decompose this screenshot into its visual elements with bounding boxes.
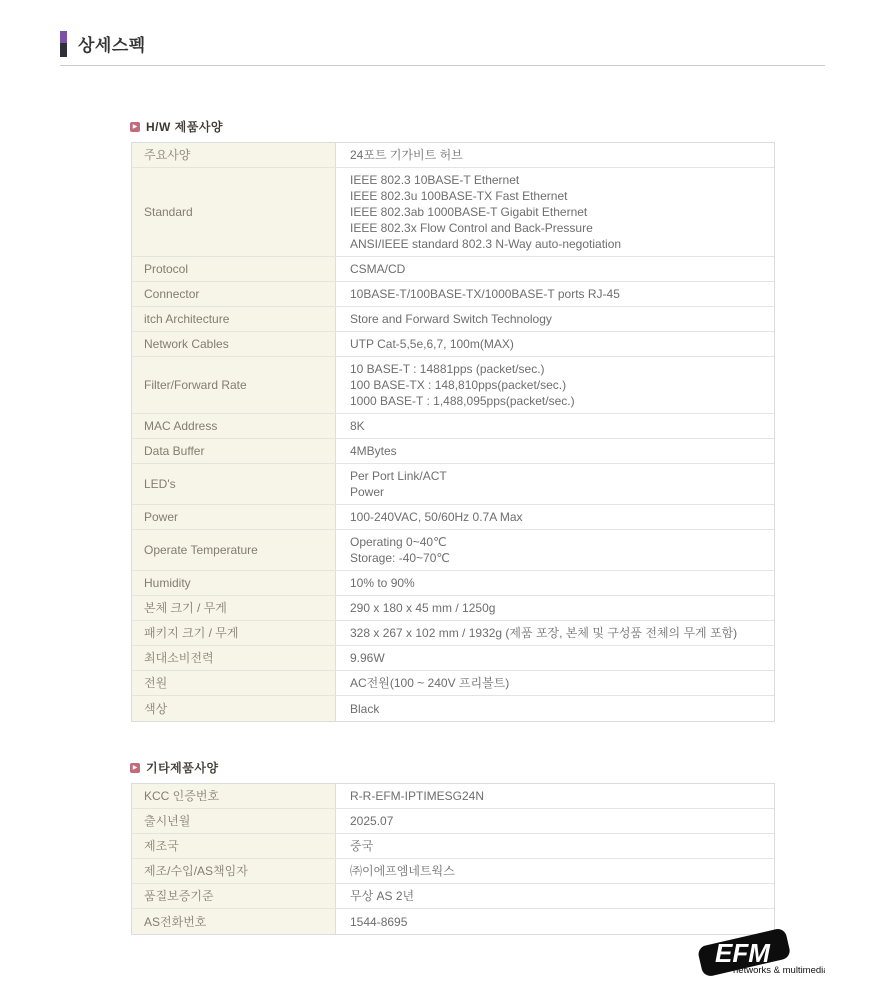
spec-label-cell: AS전화번호 — [132, 909, 336, 934]
spec-page: 상세스펙 ▶ H/W 제품사양 주요사양 24포트 기가비트 허브 Standa… — [0, 0, 890, 1006]
spec-label-cell: 최대소비전력 — [132, 646, 336, 670]
spec-value: ㈜이에프엠네트웍스 — [350, 863, 455, 879]
table-row: 패키지 크기 / 무게 328 x 267 x 102 mm / 1932g (… — [132, 621, 774, 646]
table-row: itch Architecture Store and Forward Swit… — [132, 307, 774, 332]
section-heading: ▶ H/W 제품사양 — [130, 118, 775, 135]
spec-value: 10% to 90% — [350, 575, 415, 591]
spec-value-cell: CSMA/CD — [336, 257, 774, 281]
spec-label: Filter/Forward Rate — [144, 377, 247, 393]
spec-value-cell: 328 x 267 x 102 mm / 1932g (제품 포장, 본체 및 … — [336, 621, 774, 645]
title-row: 상세스펙 — [60, 30, 825, 57]
spec-value-cell: UTP Cat-5,5e,6,7, 100m(MAX) — [336, 332, 774, 356]
spec-label-cell: MAC Address — [132, 414, 336, 438]
spec-value-cell: 10BASE-T/100BASE-TX/1000BASE-T ports RJ-… — [336, 282, 774, 306]
bullet-icon: ▶ — [130, 122, 140, 132]
other-spec-table: KCC 인증번호 R-R-EFM-IPTIMESG24N 출시년월 2025.0… — [131, 783, 775, 935]
table-row: 본체 크기 / 무게 290 x 180 x 45 mm / 1250g — [132, 596, 774, 621]
spec-value: AC전원(100 ~ 240V 프리볼트) — [350, 675, 509, 691]
logo-tagline: networks & multimedia — [733, 965, 825, 976]
spec-value-cell: 100-240VAC, 50/60Hz 0.7A Max — [336, 505, 774, 529]
table-row: KCC 인증번호 R-R-EFM-IPTIMESG24N — [132, 784, 774, 809]
table-row: Connector 10BASE-T/100BASE-TX/1000BASE-T… — [132, 282, 774, 307]
spec-label: AS전화번호 — [144, 914, 206, 930]
spec-value: Black — [350, 701, 379, 717]
section-heading: ▶ 기타제품사양 — [130, 759, 775, 776]
content: ▶ H/W 제품사양 주요사양 24포트 기가비트 허브 Standard IE… — [131, 118, 775, 935]
table-row: MAC Address 8K — [132, 414, 774, 439]
spec-value-cell: 4MBytes — [336, 439, 774, 463]
spec-value: CSMA/CD — [350, 261, 405, 277]
spec-value: UTP Cat-5,5e,6,7, 100m(MAX) — [350, 336, 514, 352]
spec-label: Standard — [144, 204, 193, 220]
spec-label-cell: 패키지 크기 / 무게 — [132, 621, 336, 645]
section-heading-label: 기타제품사양 — [146, 759, 219, 776]
spec-label: 제조/수입/AS책임자 — [144, 863, 248, 879]
table-row: Operate Temperature Operating 0~40℃ Stor… — [132, 530, 774, 571]
spec-label: 최대소비전력 — [144, 650, 214, 666]
hw-spec-table: 주요사양 24포트 기가비트 허브 Standard IEEE 802.3 10… — [131, 142, 775, 722]
spec-value: Store and Forward Switch Technology — [350, 311, 552, 327]
section-heading-label: H/W 제품사양 — [146, 118, 223, 135]
spec-label: itch Architecture — [144, 311, 229, 327]
spec-value-cell: 290 x 180 x 45 mm / 1250g — [336, 596, 774, 620]
spec-value-cell: Store and Forward Switch Technology — [336, 307, 774, 331]
spec-value: Operating 0~40℃ Storage: -40~70℃ — [350, 534, 450, 566]
spec-label: 본체 크기 / 무게 — [144, 600, 227, 616]
spec-label: Protocol — [144, 261, 188, 277]
table-row: Humidity 10% to 90% — [132, 571, 774, 596]
spec-label-cell: 출시년월 — [132, 809, 336, 833]
spec-value-cell: 8K — [336, 414, 774, 438]
spec-value: IEEE 802.3 10BASE-T Ethernet IEEE 802.3u… — [350, 172, 621, 252]
spec-value: 8K — [350, 418, 365, 434]
spec-label-cell: itch Architecture — [132, 307, 336, 331]
spec-label: 품질보증기준 — [144, 888, 214, 904]
spec-label-cell: Protocol — [132, 257, 336, 281]
spec-value: 무상 AS 2년 — [350, 888, 414, 904]
table-row: Protocol CSMA/CD — [132, 257, 774, 282]
bullet-icon: ▶ — [130, 763, 140, 773]
table-row: LED's Per Port Link/ACT Power — [132, 464, 774, 505]
spec-label-cell: 품질보증기준 — [132, 884, 336, 908]
spec-label: Power — [144, 509, 178, 525]
table-row: 주요사양 24포트 기가비트 허브 — [132, 143, 774, 168]
spec-label-cell: Connector — [132, 282, 336, 306]
spec-label-cell: 제조/수입/AS책임자 — [132, 859, 336, 883]
spec-value: 중국 — [350, 838, 373, 854]
section-hw-spec: ▶ H/W 제품사양 주요사양 24포트 기가비트 허브 Standard IE… — [131, 118, 775, 722]
spec-value: 2025.07 — [350, 813, 393, 829]
spec-value-cell: 24포트 기가비트 허브 — [336, 143, 774, 167]
spec-value: 10 BASE-T : 14881pps (packet/sec.) 100 B… — [350, 361, 575, 409]
spec-label-cell: 본체 크기 / 무게 — [132, 596, 336, 620]
logo-text: EFM — [715, 938, 771, 968]
spec-label: 제조국 — [144, 838, 179, 854]
spec-value: 24포트 기가비트 허브 — [350, 147, 463, 163]
spec-label-cell: Filter/Forward Rate — [132, 357, 336, 413]
spec-value: 10BASE-T/100BASE-TX/1000BASE-T ports RJ-… — [350, 286, 620, 302]
spec-value: R-R-EFM-IPTIMESG24N — [350, 788, 484, 804]
table-row: Power 100-240VAC, 50/60Hz 0.7A Max — [132, 505, 774, 530]
spec-label: 색상 — [144, 701, 167, 717]
spec-value: 9.96W — [350, 650, 385, 666]
spec-label: Data Buffer — [144, 443, 204, 459]
spec-value: 1544-8695 — [350, 914, 407, 930]
spec-label-cell: Standard — [132, 168, 336, 256]
table-row: 최대소비전력 9.96W — [132, 646, 774, 671]
table-row: 제조/수입/AS책임자 ㈜이에프엠네트웍스 — [132, 859, 774, 884]
spec-value-cell: 10 BASE-T : 14881pps (packet/sec.) 100 B… — [336, 357, 774, 413]
table-row: Network Cables UTP Cat-5,5e,6,7, 100m(MA… — [132, 332, 774, 357]
page-header: 상세스펙 — [60, 30, 825, 66]
table-row: AS전화번호 1544-8695 — [132, 909, 774, 934]
spec-label: 주요사양 — [144, 147, 190, 163]
page-title: 상세스펙 — [78, 31, 146, 56]
spec-value-cell: 2025.07 — [336, 809, 774, 833]
spec-label: MAC Address — [144, 418, 217, 434]
spec-label-cell: Power — [132, 505, 336, 529]
spec-value: Per Port Link/ACT Power — [350, 468, 447, 500]
efm-logo: EFM EFM networks & multimedia — [693, 926, 825, 987]
spec-value-cell: ㈜이에프엠네트웍스 — [336, 859, 774, 883]
spec-label-cell: Data Buffer — [132, 439, 336, 463]
spec-label-cell: Humidity — [132, 571, 336, 595]
table-row: 전원 AC전원(100 ~ 240V 프리볼트) — [132, 671, 774, 696]
spec-label: Operate Temperature — [144, 542, 258, 558]
table-row: 품질보증기준 무상 AS 2년 — [132, 884, 774, 909]
spec-label-cell: 색상 — [132, 696, 336, 721]
spec-value: 4MBytes — [350, 443, 397, 459]
spec-label: 전원 — [144, 675, 167, 691]
spec-label: Humidity — [144, 575, 191, 591]
spec-value-cell: 무상 AS 2년 — [336, 884, 774, 908]
table-row: Standard IEEE 802.3 10BASE-T Ethernet IE… — [132, 168, 774, 257]
spec-label: Connector — [144, 286, 199, 302]
spec-label-cell: 주요사양 — [132, 143, 336, 167]
section-other-spec: ▶ 기타제품사양 KCC 인증번호 R-R-EFM-IPTIMESG24N 출시… — [131, 759, 775, 935]
spec-label: Network Cables — [144, 336, 229, 352]
spec-label-cell: 전원 — [132, 671, 336, 695]
spec-value-cell: 중국 — [336, 834, 774, 858]
spec-value-cell: Per Port Link/ACT Power — [336, 464, 774, 504]
table-row: 출시년월 2025.07 — [132, 809, 774, 834]
spec-label: KCC 인증번호 — [144, 788, 219, 804]
table-row: Data Buffer 4MBytes — [132, 439, 774, 464]
table-row: Filter/Forward Rate 10 BASE-T : 14881pps… — [132, 357, 774, 414]
spec-label: 패키지 크기 / 무게 — [144, 625, 238, 641]
table-row: 색상 Black — [132, 696, 774, 721]
title-divider — [60, 65, 825, 66]
spec-value-cell: Operating 0~40℃ Storage: -40~70℃ — [336, 530, 774, 570]
spec-label-cell: LED's — [132, 464, 336, 504]
table-row: 제조국 중국 — [132, 834, 774, 859]
spec-label-cell: Operate Temperature — [132, 530, 336, 570]
spec-value-cell: AC전원(100 ~ 240V 프리볼트) — [336, 671, 774, 695]
spec-value-cell: R-R-EFM-IPTIMESG24N — [336, 784, 774, 808]
spec-label: 출시년월 — [144, 813, 190, 829]
spec-label: LED's — [144, 476, 176, 492]
spec-value-cell: Black — [336, 696, 774, 721]
spec-value-cell: IEEE 802.3 10BASE-T Ethernet IEEE 802.3u… — [336, 168, 774, 256]
spec-value-cell: 10% to 90% — [336, 571, 774, 595]
spec-value-cell: 9.96W — [336, 646, 774, 670]
title-accent-bar — [60, 31, 67, 57]
spec-label-cell: 제조국 — [132, 834, 336, 858]
spec-label-cell: Network Cables — [132, 332, 336, 356]
spec-value: 290 x 180 x 45 mm / 1250g — [350, 600, 495, 616]
spec-label-cell: KCC 인증번호 — [132, 784, 336, 808]
spec-value: 100-240VAC, 50/60Hz 0.7A Max — [350, 509, 523, 525]
efm-logo-graphic: EFM EFM networks & multimedia — [693, 926, 825, 982]
spec-value: 328 x 267 x 102 mm / 1932g (제품 포장, 본체 및 … — [350, 625, 737, 641]
